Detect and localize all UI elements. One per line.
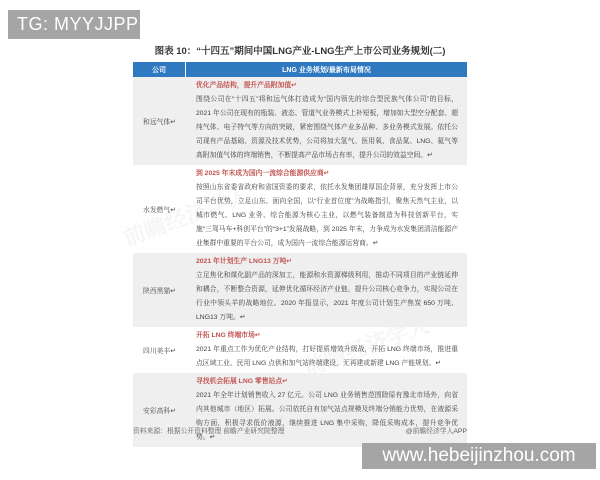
table-row-ancai-hitech: 安彩高科↵ 寻找机会拓展 LNG 零售站点↵ 2021 年全年计划销售收入 27… [133, 373, 467, 447]
column-header-plan: LNG 业务规划/最新布局情况 [186, 62, 467, 77]
lng-plan-table: 公司 LNG 业务规划/最新布局情况 和远气体↵ 优化产品结构，提升产品附加值↵… [133, 62, 467, 447]
table-row-sichuan-meifeng: 四川美丰↵ 开拓 LNG 终端市场↵ 2021 年重点工作为优化产业结构，打好提… [133, 327, 467, 373]
plan-cell: 2021 年计划生产 LNG13 万吨↵ 立足焦化和煤化副产品的深加工，能源和水… [186, 253, 467, 327]
plan-cell: 寻找机会拓展 LNG 零售站点↵ 2021 年全年计划销售收入 27 亿元。公司… [186, 373, 467, 447]
telegram-watermark-banner: TG: MYYJJPP [8, 10, 140, 39]
plan-body: 围绕公司在“十四五”将和远气体打造成为“国内领先的综合型民族气体公司”的目标，2… [196, 93, 458, 163]
company-name: 安彩高科↵ [133, 373, 186, 447]
plan-heading: 开拓 LNG 终端市场↵ [196, 329, 458, 343]
figure-title: 图表 10：“十四五”期间中国LNG产业-LNG生产上市公司业务规划(二) [0, 43, 600, 57]
document-page: TG: MYYJJPP 前瞻经济学人 前瞻经济学人 前瞻经济学人 图表 10：“… [0, 0, 600, 480]
plan-body: 立足焦化和煤化副产品的深加工，能源和水资源梯级利用，推动不同项目的产业链延伸和耦… [196, 269, 458, 325]
table-footer: 资料来源：根据公开资料整理 前瞻产业研究院整理 @前瞻经济学人APP [133, 425, 467, 435]
company-name: 陕西黑猫↵ [133, 253, 186, 327]
plan-heading: 2021 年计划生产 LNG13 万吨↵ [196, 255, 458, 269]
plan-heading: 优化产品结构，提升产品附加值↵ [196, 79, 458, 93]
table-row-shaanxi-heimao: 陕西黑猫↵ 2021 年计划生产 LNG13 万吨↵ 立足焦化和煤化副产品的深加… [133, 253, 467, 327]
plan-heading: 到 2025 年末成为国内一流综合能源供应商↵ [196, 167, 458, 181]
column-header-company: 公司 [133, 62, 186, 77]
company-name: 四川美丰↵ [133, 327, 186, 373]
table-row-shuifa-gas: 水发燃气↵ 到 2025 年末成为国内一流综合能源供应商↵ 按照山东省委省政府和… [133, 165, 467, 253]
plan-cell: 开拓 LNG 终端市场↵ 2021 年重点工作为优化产业结构，打好提质增效升级战… [186, 327, 467, 373]
plan-heading: 寻找机会拓展 LNG 零售站点↵ [196, 375, 458, 389]
source-note: 资料来源：根据公开资料整理 前瞻产业研究院整理 [133, 425, 284, 435]
plan-body: 2021 年全年计划销售收入 27 亿元。公司 LNG 业务销售范围除原有豫北市… [196, 389, 458, 445]
plan-cell: 优化产品结构，提升产品附加值↵ 围绕公司在“十四五”将和远气体打造成为“国内领先… [186, 77, 467, 165]
plan-cell: 到 2025 年末成为国内一流综合能源供应商↵ 按照山东省委省政府和省国资委的要… [186, 165, 467, 253]
table-header-row: 公司 LNG 业务规划/最新布局情况 [133, 62, 467, 77]
company-name: 水发燃气↵ [133, 165, 186, 253]
credit-note: @前瞻经济学人APP [406, 425, 467, 435]
site-watermark-banner: www.hebeijinzhou.com [362, 443, 596, 469]
table-row-heyuan-gas: 和远气体↵ 优化产品结构，提升产品附加值↵ 围绕公司在“十四五”将和远气体打造成… [133, 77, 467, 165]
company-name: 和远气体↵ [133, 77, 186, 165]
plan-body: 按照山东省委省政府和省国资委的要求，依托水发集团雄厚国企背景，充分发挥上市公司平… [196, 181, 458, 251]
plan-body: 2021 年重点工作为优化产业结构，打好提质增效升级战，开拓 LNG 终端市场，… [196, 343, 458, 371]
